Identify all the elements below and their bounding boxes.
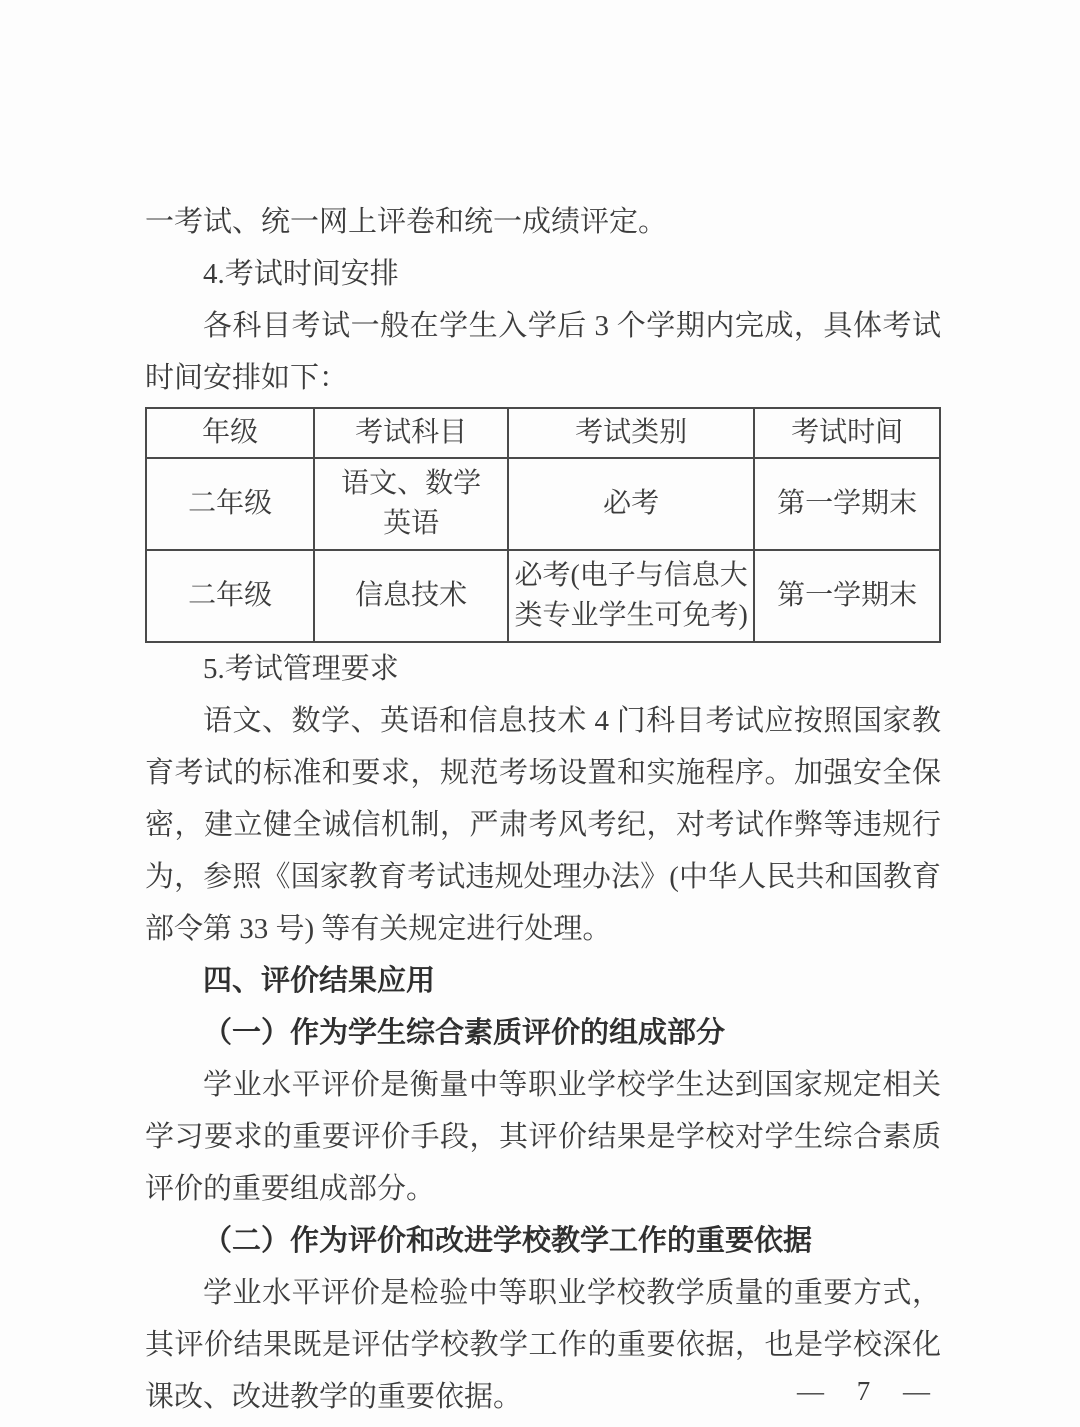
table-header-category: 考试类别: [508, 408, 754, 458]
cell-category: 必考: [508, 458, 754, 550]
table-row: 二年级 语文、数学 英语 必考 第一学期末: [146, 458, 940, 550]
cell-subject: 信息技术: [314, 550, 508, 642]
subsection-2-heading: （二）作为评价和改进学校教学工作的重要依据: [145, 1215, 941, 1267]
table-header-row: 年级 考试科目 考试类别 考试时间: [146, 408, 940, 458]
table-header-time: 考试时间: [754, 408, 940, 458]
section-5-heading: 5.考试管理要求: [145, 643, 941, 695]
cell-time: 第一学期末: [754, 550, 940, 642]
section-5-body: 语文、数学、英语和信息技术 4 门科目考试应按照国家教育考试的标准和要求，规范考…: [145, 695, 941, 955]
document-page: 一考试、统一网上评卷和统一成绩评定。 4.考试时间安排 各科目考试一般在学生入学…: [0, 0, 1080, 1427]
page-number: — 7 —: [797, 1376, 932, 1407]
table-row: 二年级 信息技术 必考(电子与信息大 类专业学生可免考) 第一学期末: [146, 550, 940, 642]
table-header-subject: 考试科目: [314, 408, 508, 458]
cell-subject: 语文、数学 英语: [314, 458, 508, 550]
document-content: 一考试、统一网上评卷和统一成绩评定。 4.考试时间安排 各科目考试一般在学生入学…: [145, 196, 941, 1423]
cell-category: 必考(电子与信息大 类专业学生可免考): [508, 550, 754, 642]
section-4-intro: 各科目考试一般在学生入学后 3 个学期内完成，具体考试时间安排如下：: [145, 300, 941, 404]
subsection-1-heading: （一）作为学生综合素质评价的组成部分: [145, 1007, 941, 1059]
exam-schedule-table: 年级 考试科目 考试类别 考试时间 二年级 语文、数学 英语 必考 第一学期末 …: [145, 407, 941, 643]
table-header-grade: 年级: [146, 408, 314, 458]
paragraph-continuation: 一考试、统一网上评卷和统一成绩评定。: [145, 196, 941, 248]
cell-grade: 二年级: [146, 458, 314, 550]
part-4-heading: 四、评价结果应用: [145, 955, 941, 1007]
cell-time: 第一学期末: [754, 458, 940, 550]
section-4-heading: 4.考试时间安排: [145, 248, 941, 300]
cell-grade: 二年级: [146, 550, 314, 642]
subsection-1-body: 学业水平评价是衡量中等职业学校学生达到国家规定相关学习要求的重要评价手段，其评价…: [145, 1059, 941, 1215]
